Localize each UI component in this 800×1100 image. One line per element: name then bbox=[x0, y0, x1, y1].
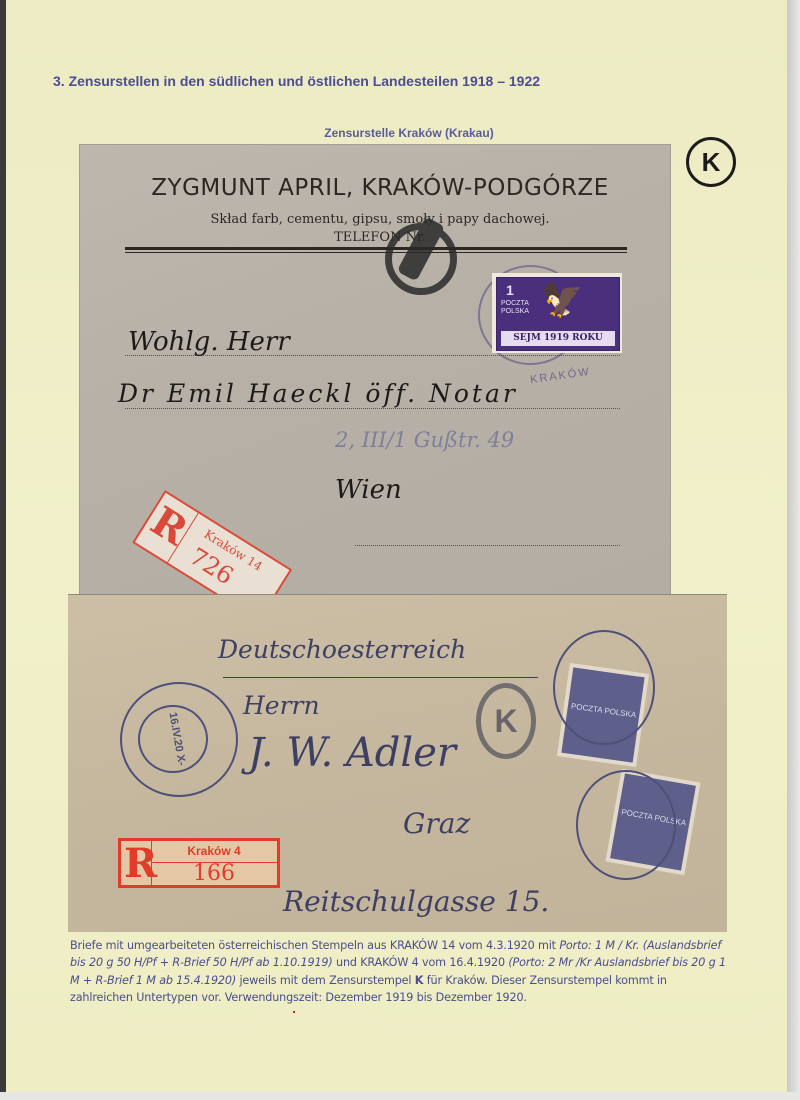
censor-k-letter: K bbox=[702, 147, 721, 178]
letterhead-rule-thin bbox=[125, 252, 627, 253]
letterhead-name: ZYGMUNT APRIL, KRAKÓW-PODGÓRZE bbox=[80, 175, 670, 201]
postmark-text: KRAKÓW bbox=[529, 366, 591, 386]
cover-envelope-2: Deutschoesterreich Herrn J. W. Adler Gra… bbox=[68, 595, 727, 932]
address-line-5: Reitschulgasse 15. bbox=[283, 885, 549, 918]
registration-label: R Kraków 14 726 bbox=[132, 490, 292, 598]
eagle-icon: 🦅 bbox=[541, 280, 583, 320]
registration-r: R bbox=[143, 498, 196, 555]
postage-stamp: 1 POCZTA POLSKA 🦅 SEJM 1919 ROKU bbox=[492, 273, 622, 353]
stamp-value: 1 bbox=[506, 282, 514, 298]
stamp-banner: SEJM 1919 ROKU bbox=[501, 331, 615, 346]
censor-k-handstamp-icon: K bbox=[476, 683, 536, 759]
address-line-3-pencil: 2, III/1 Gußtr. 49 bbox=[335, 428, 514, 452]
postmark-right-bottom-icon bbox=[576, 770, 676, 880]
address-line-2: Dr Emil Haeckl öff. Notar bbox=[118, 379, 518, 408]
address-line-1: Deutschoesterreich bbox=[218, 635, 466, 664]
registration-office: Kraków 4 bbox=[151, 844, 277, 858]
underline bbox=[223, 677, 538, 678]
address-line-4: Wien bbox=[335, 475, 402, 505]
postmark-right-top-icon bbox=[553, 630, 655, 745]
stamp-country: POCZTA POLSKA bbox=[501, 300, 535, 316]
address-line-1: Wohlg. Herr bbox=[128, 327, 290, 357]
scan-edge-right bbox=[787, 0, 800, 1100]
caption-part: und KRAKÓW 4 vom 16.4.1920 bbox=[333, 956, 509, 969]
address-dotted-line bbox=[355, 545, 620, 546]
section-title: 3. Zensurstellen in den südlichen und ös… bbox=[53, 73, 540, 89]
censor-k-mark-icon: K bbox=[686, 137, 736, 187]
caption-part: jeweils mit dem Zensurstempel bbox=[236, 974, 415, 987]
censor-handstamp-icon bbox=[385, 223, 457, 295]
registration-label: R Kraków 4 166 bbox=[118, 838, 280, 888]
paper-speck bbox=[293, 1011, 295, 1013]
address-line-3: J. W. Adler bbox=[248, 730, 456, 776]
caption-text: Briefe mit umgearbeiteten österreichisch… bbox=[70, 937, 730, 1006]
address-line-4: Graz bbox=[403, 807, 470, 840]
censor-k-letter: K bbox=[494, 703, 517, 740]
letterhead-phone: TELEFON Nr. bbox=[80, 230, 670, 245]
address-line-2: Herrn bbox=[243, 691, 320, 720]
subtitle: Zensurstelle Kraków (Krakau) bbox=[0, 126, 800, 140]
cover-envelope-1: ZYGMUNT APRIL, KRAKÓW-PODGÓRZE Skład far… bbox=[80, 145, 670, 598]
letterhead-business: Skład farb, cementu, gipsu, smoły i papy… bbox=[80, 212, 670, 227]
letterhead-rule bbox=[125, 247, 627, 250]
address-dotted-line bbox=[125, 408, 620, 409]
caption-part: Briefe mit umgearbeiteten österreichisch… bbox=[70, 939, 559, 952]
scan-edge-bottom bbox=[0, 1092, 800, 1100]
registration-number: 166 bbox=[151, 861, 277, 886]
